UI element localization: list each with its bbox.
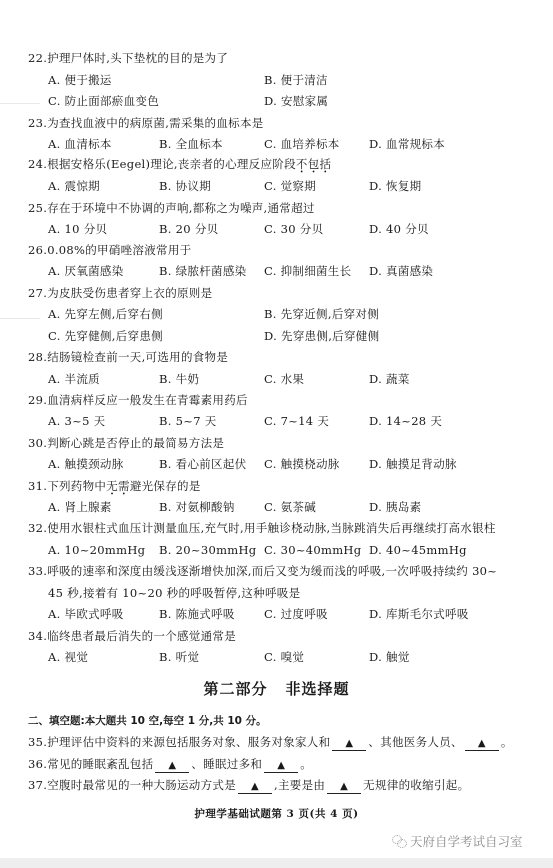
question-31: 31.下列药物中无需避光保存的是	[28, 479, 201, 493]
question-37: 37.空腹时最常见的一种大肠运动方式是▲,主要是由▲无规律的收缩引起。	[28, 778, 469, 794]
option-a: A. 3~5 天	[48, 414, 105, 428]
option-b: B. 对氨柳酸钠	[159, 500, 235, 514]
question-stem: 下列药物中	[47, 479, 106, 493]
answer-blank: ▲	[332, 738, 366, 751]
question-stem: 存在于环境中不协调的声响,都称之为噪声,通常超过	[47, 201, 315, 215]
question-30: 30.判断心跳是否停止的最简易方法是	[28, 436, 224, 450]
bottom-bar	[0, 858, 553, 868]
option-a: A. 肾上腺素	[48, 500, 112, 514]
option-d: D. 蔬菜	[369, 372, 410, 386]
emphasized-text: 需	[118, 479, 130, 493]
emphasized-text: 不	[296, 157, 308, 171]
question-25: 25.存在于环境中不协调的声响,都称之为噪声,通常超过	[28, 201, 315, 215]
question-number: 22.	[28, 51, 47, 65]
option-a: A. 便于搬运	[48, 73, 112, 87]
option-a: A. 毕欧式呼吸	[48, 607, 124, 621]
wechat-icon	[392, 835, 406, 847]
option-d: D. 40 分贝	[369, 222, 429, 236]
question-22: 22.护理尸体时,头下垫枕的目的是为了	[28, 51, 228, 65]
question-stem: 呼吸的速率和深度由缓浅逐渐增快加深,而后又变为缓而浅的呼吸,一次呼吸持续约 30…	[47, 564, 497, 578]
option-d: D. 血常规标本	[369, 137, 445, 151]
question-stem: 空腹时最常见的一种大肠运动方式是	[47, 778, 236, 792]
question-stem: 为查找血液中的病原菌,需采集的血标本是	[47, 116, 263, 130]
question-34: 34.临终患者最后消失的一个感觉通常是	[28, 629, 236, 643]
question-35: 35.护理评估中资料的来源包括服务对象、服务对象家人和▲、其他医务人员、▲。	[28, 735, 513, 751]
option-b: B. 协议期	[159, 179, 211, 193]
option-c: C. 触摸桡动脉	[264, 457, 340, 471]
option-d: D. 40~45mmHg	[369, 543, 467, 557]
question-stem: 。	[300, 757, 312, 771]
question-stem: 无规律的收缩引起。	[363, 778, 469, 792]
option-d: D. 触觉	[369, 650, 410, 664]
option-b: B. 20~30mmHg	[159, 543, 256, 557]
question-24: 24.根据安格乐(Eegel)理论,丧亲者的心理反应阶段不包括	[28, 157, 331, 171]
emphasized-text: 括	[320, 157, 332, 171]
answer-blank: ▲	[155, 760, 189, 773]
option-b: B. 听觉	[159, 650, 199, 664]
option-d: D. 库斯毛尔式呼吸	[369, 607, 469, 621]
question-stem: 0.08%的甲硝唑溶液常用于	[47, 243, 191, 257]
option-a: A. 血清标本	[48, 137, 112, 151]
option-a: A. 10 分贝	[48, 222, 107, 236]
fill-in-instruction: 二、填空题:本大题共 10 空,每空 1 分,共 10 分。	[28, 713, 267, 728]
question-number: 33.	[28, 564, 47, 578]
option-d: D. 14~28 天	[369, 414, 442, 428]
question-29: 29.血清病样反应一般发生在青霉素用药后	[28, 393, 248, 407]
option-d: D. 胰岛素	[369, 500, 421, 514]
question-stem: 避光保存的是	[130, 479, 201, 493]
option-a: A. 视觉	[48, 650, 88, 664]
watermark: 天府自学考试自习室	[392, 832, 523, 850]
divider	[0, 103, 40, 104]
question-36: 36.常见的睡眠紊乱包括▲、睡眠过多和▲。	[28, 757, 312, 773]
question-32: 32.使用水银柱式血压计测量血压,充气时,用手触诊桡动脉,当脉跳消失后再继续打高…	[28, 521, 496, 535]
answer-blank: ▲	[465, 738, 499, 751]
option-d: D. 恢复期	[369, 179, 421, 193]
option-c: C. 嗅觉	[264, 650, 304, 664]
option-d: D. 真菌感染	[369, 264, 433, 278]
question-23: 23.为查找血液中的病原菌,需采集的血标本是	[28, 116, 264, 130]
option-c: C. 血培养标本	[264, 137, 340, 151]
answer-blank: ▲	[238, 781, 272, 794]
question-number: 27.	[28, 286, 47, 300]
question-stem: ,主要是由	[274, 778, 325, 792]
question-number: 25.	[28, 201, 47, 215]
option-c: C. 先穿健侧,后穿患侧	[48, 329, 163, 343]
answer-blank: ▲	[327, 781, 361, 794]
question-stem: 血清病样反应一般发生在青霉素用药后	[47, 393, 248, 407]
question-33: 33.呼吸的速率和深度由缓浅逐渐增快加深,而后又变为缓而浅的呼吸,一次呼吸持续约…	[28, 564, 497, 578]
exam-page: 22.护理尸体时,头下垫枕的目的是为了 A. 便于搬运 B. 便于清洁 C. 防…	[0, 0, 553, 868]
page-footer: 护理学基础试题第 3 页(共 4 页)	[0, 806, 553, 821]
question-number: 37.	[28, 778, 47, 792]
option-b: B. 陈施式呼吸	[159, 607, 235, 621]
option-c: C. 过度呼吸	[264, 607, 328, 621]
question-number: 28.	[28, 350, 47, 364]
watermark-text: 天府自学考试自习室	[410, 834, 523, 849]
option-a: A. 触摸颈动脉	[48, 457, 124, 471]
question-number: 34.	[28, 629, 47, 643]
question-26: 26.0.08%的甲硝唑溶液常用于	[28, 243, 191, 257]
question-stem: 护理尸体时,头下垫枕的目的是为了	[47, 51, 228, 65]
question-number: 29.	[28, 393, 47, 407]
option-c: C. 7~14 天	[264, 414, 329, 428]
option-c: C. 抑制细菌生长	[264, 264, 351, 278]
option-c: C. 觉察期	[264, 179, 316, 193]
option-b: B. 5~7 天	[159, 414, 217, 428]
question-stem: 护理评估中资料的来源包括服务对象、服务对象家人和	[47, 735, 330, 749]
option-c: C. 30 分贝	[264, 222, 323, 236]
question-28: 28.结肠镜检查前一天,可选用的食物是	[28, 350, 228, 364]
divider	[0, 318, 40, 319]
question-number: 26.	[28, 243, 47, 257]
option-b: B. 牛奶	[159, 372, 199, 386]
section-part: 第二部分	[203, 680, 267, 698]
section-name: 非选择题	[286, 680, 350, 698]
option-d: D. 触摸足背动脉	[369, 457, 457, 471]
option-b: B. 全血标本	[159, 137, 223, 151]
question-number: 32.	[28, 521, 47, 535]
option-a: A. 先穿左侧,后穿右侧	[48, 307, 163, 321]
option-b: B. 看心前区起伏	[159, 457, 246, 471]
option-d: D. 先穿患侧,后穿健侧	[264, 329, 379, 343]
option-b: B. 先穿近侧,后穿对侧	[264, 307, 379, 321]
option-b: B. 便于清洁	[264, 73, 328, 87]
question-stem: 临终患者最后消失的一个感觉通常是	[47, 629, 236, 643]
option-b: B. 20 分贝	[159, 222, 218, 236]
option-c: C. 氨茶碱	[264, 500, 316, 514]
option-a: A. 半流质	[48, 372, 100, 386]
question-27: 27.为皮肤受伤患者穿上衣的原则是	[28, 286, 212, 300]
option-a: A. 震惊期	[48, 179, 100, 193]
option-c: C. 水果	[264, 372, 304, 386]
question-stem: 、其他医务人员、	[368, 735, 462, 749]
question-33-continued: 45 秒,接着有 10~20 秒的呼吸暂停,这种呼吸是	[48, 586, 300, 600]
emphasized-text: 包	[308, 157, 320, 171]
option-c: C. 30~40mmHg	[264, 543, 361, 557]
option-b: B. 绿脓杆菌感染	[159, 264, 246, 278]
question-stem: 结肠镜检查前一天,可选用的食物是	[47, 350, 228, 364]
question-stem: 、睡眠过多和	[191, 757, 262, 771]
emphasized-text: 无	[106, 479, 118, 493]
question-stem: 。	[501, 735, 513, 749]
option-c: C. 防止面部瘀血变色	[48, 94, 159, 108]
question-number: 36.	[28, 757, 47, 771]
question-number: 35.	[28, 735, 47, 749]
section-title: 第二部分非选择题	[0, 678, 553, 699]
question-number: 31.	[28, 479, 47, 493]
question-number: 30.	[28, 436, 47, 450]
question-stem: 为皮肤受伤患者穿上衣的原则是	[47, 286, 212, 300]
option-d: D. 安慰家属	[264, 94, 328, 108]
question-number: 24.	[28, 157, 47, 171]
option-a: A. 10~20mmHg	[48, 543, 145, 557]
question-stem: 根据安格乐(Eegel)理论,丧亲者的心理反应阶段	[47, 157, 296, 171]
answer-blank: ▲	[264, 760, 298, 773]
question-stem: 使用水银柱式血压计测量血压,充气时,用手触诊桡动脉,当脉跳消失后再继续打高水银柱	[47, 521, 495, 535]
question-stem: 判断心跳是否停止的最简易方法是	[47, 436, 224, 450]
question-stem: 常见的睡眠紊乱包括	[47, 757, 153, 771]
question-number: 23.	[28, 116, 47, 130]
option-a: A. 厌氧菌感染	[48, 264, 124, 278]
